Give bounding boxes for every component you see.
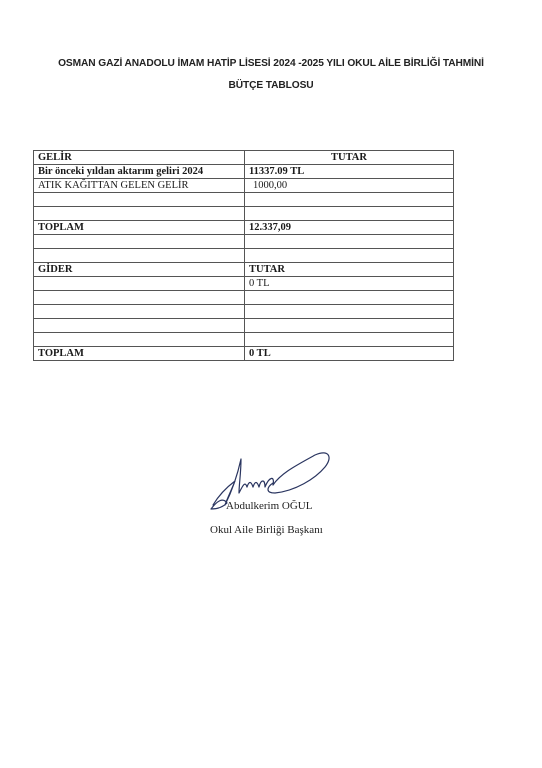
row-label [34,291,245,305]
expense-header-amount: TUTAR [245,263,454,277]
row-label [34,207,245,221]
row-label [34,305,245,319]
row-amount: 11337.09 TL [245,165,454,179]
table-row [34,291,454,305]
row-amount [245,305,454,319]
row-label: Bir önceki yıldan aktarım geliri 2024 [34,165,245,179]
income-header-row: GELİR TUTAR [34,151,454,165]
table-row [34,305,454,319]
income-header-amount: TUTAR [245,151,454,165]
expense-header-label: GİDER [34,263,245,277]
row-amount: 1000,00 [245,179,454,193]
table-row: Bir önceki yıldan aktarım geliri 2024 11… [34,165,454,179]
expense-header-row: GİDER TUTAR [34,263,454,277]
row-label [34,193,245,207]
income-total-amount: 12.337,09 [245,221,454,235]
income-total-row: TOPLAM 12.337,09 [34,221,454,235]
row-amount [245,291,454,305]
table-row [34,249,454,263]
income-total-label: TOPLAM [34,221,245,235]
expense-total-label: TOPLAM [34,347,245,361]
row-amount [245,235,454,249]
signer-role: Okul Aile Birliği Başkanı [210,524,323,536]
row-label [34,333,245,347]
row-label [34,249,245,263]
row-label [34,319,245,333]
row-amount [245,249,454,263]
table-row [34,333,454,347]
title-line-2: BÜTÇE TABLOSU [0,80,542,91]
expense-total-row: TOPLAM 0 TL [34,347,454,361]
budget-table: GELİR TUTAR Bir önceki yıldan aktarım ge… [33,150,454,361]
row-label: ATIK KAĞITTAN GELEN GELİR [34,179,245,193]
row-amount [245,319,454,333]
row-label [34,277,245,291]
table-row: 0 TL [34,277,454,291]
row-amount [245,207,454,221]
row-amount [245,193,454,207]
table-row [34,235,454,249]
signer-name: Abdulkerim OĞUL [226,500,312,512]
title-line-1: OSMAN GAZİ ANADOLU İMAM HATİP LİSESİ 202… [0,58,542,69]
income-header-label: GELİR [34,151,245,165]
table-row [34,319,454,333]
expense-total-amount: 0 TL [245,347,454,361]
row-amount: 0 TL [245,277,454,291]
row-amount [245,333,454,347]
table-row [34,193,454,207]
table-row [34,207,454,221]
table-row: ATIK KAĞITTAN GELEN GELİR 1000,00 [34,179,454,193]
row-label [34,235,245,249]
